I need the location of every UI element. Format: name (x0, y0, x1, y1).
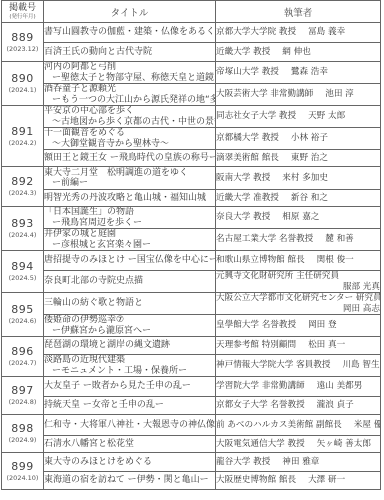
issue-cell: 892 (2024.3) (2, 167, 44, 207)
article-title: 額田王と鏡王女 ー飛鳥時代の皇族の称号ー (44, 153, 215, 164)
issue-number: 891 (2, 126, 43, 137)
author-affiliation: 京都女子大学 名誉教授 (216, 400, 305, 410)
article-row: 倭姫命の伊勢巡幸⑦ー伊蘇宮から瀧原宮へー皇學館大学 名誉教授岡田 登 (2, 315, 381, 337)
article-title-cell: 大友皇子 ー敗者から見た壬申の乱ー (44, 377, 216, 397)
issue-header-label: 掲載号 (2, 4, 43, 13)
article-title-cell: 持統天皇 ー女帝と壬申の乱ー (44, 397, 216, 415)
article-row: 889 (2023.12) 書写山圓教寺の伽藍・建築・仏像をあるく京都大学大学院… (2, 23, 381, 43)
author-affiliation: 大阪電気通信大学 教授 (216, 439, 305, 449)
author-affiliation: 学習院大学 非常勤講師 (216, 381, 305, 391)
article-row: 井伊家の城と庭園ー彦根城と玄宮楽々園ー名古屋工業大学 名誉教授麓 和善 (2, 229, 381, 251)
article-title-cell: 唐招提寺のみほとけ ー国宝仏像を中心にー (44, 251, 216, 271)
author-name: 遠山 美都男 (317, 381, 363, 391)
issue-column-header: 掲載号 (発行年月) (2, 1, 44, 23)
issue-number: 899 (2, 461, 43, 472)
article-title: 淡路島の近現代建築 (44, 355, 215, 366)
author-name: 小林 裕子 (291, 133, 328, 143)
article-author-cell: 大阪芸術大学 非常勤講師池田 淳 (216, 84, 381, 106)
article-row: 奈良町北部の寺院史点描元興寺文化財研究所 主任研究員 服部 光真 (2, 271, 381, 293)
article-author-cell: 学習院大学 非常勤講師遠山 美都男 (216, 377, 381, 397)
article-author-cell: 滴翠美術館 館長東野 治之 (216, 150, 381, 167)
article-title-cell: 仁和寺・大将軍八神社・大報恩寺の神仏像 (44, 415, 216, 436)
article-title: 東大寺二月堂 松明調進の道をゆく (44, 168, 215, 179)
article-author-cell: 同志社女子大学 教授天野 太郎 (216, 106, 381, 128)
article-title-cell: 淡路島の近現代建築ーモニュメント・工場・保養所ー (44, 355, 216, 377)
author-name: 岡田 登 (308, 320, 337, 330)
article-row: 899 (2024.10) 東大寺のみほとけをめぐる龍谷大学 教授神田 雅章 (2, 453, 381, 472)
author-affiliation: 近畿大学 教授 (216, 47, 270, 57)
article-title: 百済王氏の動向と古代寺院 (44, 47, 215, 58)
article-row: 石清水八幡宮と松花堂大阪電気通信大学 教授矢ヶ崎 善太郎 (2, 436, 381, 453)
article-author-cell: 大阪電気通信大学 教授矢ヶ崎 善太郎 (216, 436, 381, 453)
article-subtitle: ー彦根城と玄宮楽々園ー (44, 240, 215, 251)
author-name: 大澤 研一 (308, 475, 345, 485)
article-title: 三輪山の紡ぐ歌と物語と (44, 298, 215, 309)
article-author-cell: 京都橘大学 教授小林 裕子 (216, 128, 381, 150)
author-affiliation: 帝塚山大学 教授 (216, 67, 279, 77)
article-title-cell: 河内の阿都と弓削ー聖徳太子と物部守屋、称徳天皇と道鏡ー (44, 62, 216, 84)
issue-cell: 895 (2024.6) (2, 293, 44, 337)
issue-cell: 896 (2024.7) (2, 337, 44, 377)
issue-date: (2024.3) (2, 190, 43, 197)
author-name: 天野 太郎 (308, 111, 345, 121)
author-affiliation: 同志社女子大学 教授 (216, 111, 296, 121)
article-author-cell: 名古屋工業大学 名誉教授麓 和善 (216, 229, 381, 251)
issue-date: (2024.4) (2, 232, 43, 239)
article-author-cell: 元興寺文化財研究所 主任研究員 服部 光真 (216, 271, 381, 293)
article-author-cell: 天理参考館 特別顧問松田 真一 (216, 337, 381, 355)
author-affiliation: 名古屋工業大学 名誉教授 (216, 234, 313, 244)
author-affiliation: 前 あべのハルカス美術館 副館長 (216, 420, 342, 430)
issue-number: 894 (2, 261, 43, 272)
article-title: 持統天皇 ー女帝と壬申の乱ー (44, 400, 215, 411)
article-row: 十一面観音をめぐる〜大御堂観音寺から聖林寺〜京都橘大学 教授小林 裕子 (2, 128, 381, 150)
article-subtitle: ー飛鳥宮周辺を歩くー (44, 218, 215, 229)
article-subtitle: ーモニュメント・工場・保養所ー (44, 366, 215, 377)
issue-cell: 893 (2024.4) (2, 207, 44, 251)
article-title-cell: 書写山圓教寺の伽藍・建築・仏像をあるく (44, 23, 216, 43)
article-row: 898 (2024.9) 仁和寺・大将軍八神社・大報恩寺の神仏像前 あべのハルカ… (2, 415, 381, 436)
article-title: 十一面観音をめぐる (44, 128, 215, 139)
author-name: 鷺森 浩幸 (291, 67, 328, 77)
article-author-cell: 京都女子大学 名誉教授瀧浪 貞子 (216, 397, 381, 415)
article-row: 明智光秀の丹波攻略と亀山城・福知山城近畿大学 准教授新谷 和之 (2, 190, 381, 207)
issue-number: 890 (2, 73, 43, 84)
article-subtitle: 〜大御堂観音寺から聖林寺〜 (44, 139, 215, 150)
article-title: 唐招提寺のみほとけ ー国宝仏像を中心にー (44, 255, 215, 266)
article-title: 琵琶湖の環境と湖岸の縄文遺跡 (44, 340, 215, 351)
issue-date: (2024.9) (2, 437, 43, 444)
article-row: 893 (2024.4) 「日本国誕生」の物語ー飛鳥宮周辺を歩くー奈良大学 教授… (2, 207, 381, 229)
issue-number: 896 (2, 346, 43, 357)
article-row: 892 (2024.3) 東大寺二月堂 松明調進の道をゆくー前編ー阪南大学 教授… (2, 167, 381, 190)
article-author-cell: 大阪歴史博物館 館長大澤 研一 (216, 472, 381, 490)
article-title: 奈良町北部の寺院史点描 (44, 276, 215, 287)
article-row: 淡路島の近現代建築ーモニュメント・工場・保養所ー神戸情報大学院大学 客員教授川島… (2, 355, 381, 377)
article-title-cell: 明智光秀の丹波攻略と亀山城・福知山城 (44, 190, 216, 207)
issue-cell: 899 (2024.10) (2, 453, 44, 490)
issue-number: 893 (2, 218, 43, 229)
author-name: 池田 淳 (325, 89, 354, 99)
article-title-cell: 井伊家の城と庭園ー彦根城と玄宮楽々園ー (44, 229, 216, 251)
issue-date: (2023.12) (2, 46, 43, 53)
article-author-cell: 皇學館大学 名誉教授岡田 登 (216, 315, 381, 337)
issue-date: (2024.5) (2, 275, 43, 282)
author-name: 東野 治之 (291, 153, 328, 163)
issue-number: 898 (2, 423, 43, 434)
author-affiliation: 元興寺文化財研究所 主任研究員 (216, 271, 339, 281)
article-title-cell: 平安京の中心部を歩く〜古地図から歩く京都の古代・中世の景観〜 (44, 106, 216, 128)
author-name: 神田 雅章 (282, 457, 319, 467)
article-title: 河内の阿都と弓削 (44, 62, 215, 73)
author-affiliation: 大阪歴史博物館 館長 (216, 475, 296, 485)
author-name: 矢ヶ崎 善太郎 (317, 439, 371, 449)
author-name: 瀧浪 貞子 (317, 400, 354, 410)
author-affiliation: 大阪公立大学都市文化研究センター 研究員 (216, 293, 381, 303)
article-title: 仁和寺・大将軍八神社・大報恩寺の神仏像 (44, 420, 215, 431)
author-name: 来村 多加史 (282, 173, 328, 183)
article-title: 大友皇子 ー敗者から見た壬申の乱ー (44, 381, 215, 392)
article-title-cell: 倭姫命の伊勢巡幸⑦ー伊蘇宮から瀧原宮へー (44, 315, 216, 337)
article-author-cell: 阪南大学 教授来村 多加史 (216, 167, 381, 190)
article-subtitle: ー伊蘇宮から瀧原宮へー (44, 326, 215, 337)
author-name: 新谷 和之 (291, 193, 328, 203)
article-author-cell: 京都大学大学院 教授冨島 義幸 (216, 23, 381, 43)
article-title: 「日本国誕生」の物語 (44, 207, 215, 218)
author-name: 米屋 優 (354, 420, 381, 430)
article-row: 東海道の宿を訪ねて ー伊勢・関と亀山ー大阪歴史博物館 館長大澤 研一 (2, 472, 381, 490)
author-name: 麓 和善 (325, 234, 354, 244)
author-affiliation: 天理参考館 特別顧問 (216, 340, 296, 350)
article-title: 井伊家の城と庭園 (44, 229, 215, 240)
header-row: 掲載号 (発行年月) タイトル 執筆者 (2, 1, 381, 23)
article-title-cell: 額田王と鏡王女 ー飛鳥時代の皇族の称号ー (44, 150, 216, 167)
article-row: 891 (2024.2) 平安京の中心部を歩く〜古地図から歩く京都の古代・中世の… (2, 106, 381, 128)
article-title: 東海道の宿を訪ねて ー伊勢・関と亀山ー (44, 475, 215, 486)
article-row: 持統天皇 ー女帝と壬申の乱ー京都女子大学 名誉教授瀧浪 貞子 (2, 397, 381, 415)
author-name: 岡田 高志 (216, 304, 380, 315)
issue-date: (2024.7) (2, 360, 43, 367)
article-title-cell: 酒呑童子と源頼光ーもう一つの大江山から源氏発祥の地“多田へ”ー (44, 84, 216, 106)
issue-number: 897 (2, 385, 43, 396)
author-affiliation: 大阪芸術大学 非常勤講師 (216, 89, 313, 99)
article-author-cell: 近畿大学 准教授新谷 和之 (216, 190, 381, 207)
article-title: 石清水八幡宮と松花堂 (44, 439, 215, 450)
article-author-cell: 奈良大学 教授相原 嘉之 (216, 207, 381, 229)
author-name: 川島 智生 (342, 360, 379, 370)
article-row: 百済王氏の動向と古代寺院近畿大学 教授網 伸也 (2, 43, 381, 62)
author-column-header: 執筆者 (216, 1, 381, 23)
issue-date: (2024.2) (2, 140, 43, 147)
article-author-cell: 帝塚山大学 教授鷺森 浩幸 (216, 62, 381, 84)
issues-body: 889 (2023.12) 書写山圓教寺の伽藍・建築・仏像をあるく京都大学大学院… (2, 23, 381, 490)
issue-header-sub-label: (発行年月) (2, 15, 43, 21)
article-subtitle: ー聖徳太子と物部守屋、称徳天皇と道鏡ー (44, 73, 215, 84)
article-row: 895 (2024.6) 三輪山の紡ぐ歌と物語と大阪公立大学都市文化研究センター… (2, 293, 381, 315)
article-subtitle: ーもう一つの大江山から源氏発祥の地“多田へ”ー (44, 95, 215, 106)
article-title-cell: 石清水八幡宮と松花堂 (44, 436, 216, 453)
author-name: 服部 光真 (216, 282, 380, 293)
author-affiliation: 京都橘大学 教授 (216, 133, 279, 143)
author-name: 相原 嘉之 (282, 212, 319, 222)
article-row: 897 (2024.8) 大友皇子 ー敗者から見た壬申の乱ー学習院大学 非常勤講… (2, 377, 381, 397)
article-title-cell: 百済王氏の動向と古代寺院 (44, 43, 216, 62)
author-affiliation: 京都大学大学院 教授 (216, 27, 296, 37)
article-subtitle: ー前編ー (44, 178, 215, 189)
author-affiliation: 阪南大学 教授 (216, 173, 270, 183)
article-title-cell: 奈良町北部の寺院史点描 (44, 271, 216, 293)
issue-number: 895 (2, 304, 43, 315)
author-affiliation: 奈良大学 教授 (216, 212, 270, 222)
article-row: 額田王と鏡王女 ー飛鳥時代の皇族の称号ー滴翠美術館 館長東野 治之 (2, 150, 381, 167)
issue-cell: 894 (2024.5) (2, 251, 44, 293)
author-affiliation: 近畿大学 准教授 (216, 193, 279, 203)
issue-cell: 891 (2024.2) (2, 106, 44, 167)
article-row: 890 (2024.1) 河内の阿都と弓削ー聖徳太子と物部守屋、称徳天皇と道鏡ー… (2, 62, 381, 84)
article-row: 896 (2024.7) 琵琶湖の環境と湖岸の縄文遺跡天理参考館 特別顧問松田 … (2, 337, 381, 355)
article-title: 書写山圓教寺の伽藍・建築・仏像をあるく (44, 27, 215, 38)
author-name: 冨島 義幸 (308, 27, 345, 37)
article-title-cell: 「日本国誕生」の物語ー飛鳥宮周辺を歩くー (44, 207, 216, 229)
article-title-cell: 東大寺二月堂 松明調進の道をゆくー前編ー (44, 167, 216, 190)
issue-cell: 890 (2024.1) (2, 62, 44, 106)
issues-table: 掲載号 (発行年月) タイトル 執筆者 889 (2023.12) 書写山圓教寺… (1, 0, 381, 490)
article-title: 倭姫命の伊勢巡幸⑦ (44, 315, 215, 326)
author-affiliation: 皇學館大学 名誉教授 (216, 320, 296, 330)
article-title: 明智光秀の丹波攻略と亀山城・福知山城 (44, 193, 215, 204)
article-author-cell: 神戸情報大学院大学 客員教授川島 智生 (216, 355, 381, 377)
author-affiliation: 和歌山県立博物館 館長 (216, 255, 305, 265)
article-subtitle: 〜古地図から歩く京都の古代・中世の景観〜 (44, 117, 215, 128)
article-title-cell: 東海道の宿を訪ねて ー伊勢・関と亀山ー (44, 472, 216, 490)
issue-cell: 889 (2023.12) (2, 23, 44, 62)
issue-cell: 898 (2024.9) (2, 415, 44, 453)
issue-number: 889 (2, 32, 43, 43)
article-row: 酒呑童子と源頼光ーもう一つの大江山から源氏発祥の地“多田へ”ー大阪芸術大学 非常… (2, 84, 381, 106)
author-name: 関根 俊一 (317, 255, 354, 265)
title-column-header: タイトル (44, 1, 216, 23)
issue-date: (2024.6) (2, 318, 43, 325)
article-title: 酒呑童子と源頼光 (44, 84, 215, 95)
issue-date: (2024.10) (2, 475, 43, 482)
author-name: 松田 真一 (308, 340, 345, 350)
author-name: 網 伸也 (282, 47, 311, 57)
author-affiliation: 神戸情報大学院大学 客員教授 (216, 360, 330, 370)
article-title-cell: 琵琶湖の環境と湖岸の縄文遺跡 (44, 337, 216, 355)
article-title: 平安京の中心部を歩く (44, 106, 215, 117)
article-title-cell: 三輪山の紡ぐ歌と物語と (44, 293, 216, 315)
author-affiliation: 龍谷大学 教授 (216, 457, 270, 467)
article-author-cell: 大阪公立大学都市文化研究センター 研究員 岡田 高志 (216, 293, 381, 315)
article-author-cell: 近畿大学 教授網 伸也 (216, 43, 381, 62)
issue-number: 892 (2, 176, 43, 187)
article-title-cell: 東大寺のみほとけをめぐる (44, 453, 216, 472)
article-author-cell: 龍谷大学 教授神田 雅章 (216, 453, 381, 472)
article-author-cell: 和歌山県立博物館 館長関根 俊一 (216, 251, 381, 271)
author-affiliation: 滴翠美術館 館長 (216, 153, 279, 163)
issue-cell: 897 (2024.8) (2, 377, 44, 415)
issue-date: (2024.1) (2, 87, 43, 94)
article-author-cell: 前 あべのハルカス美術館 副館長米屋 優 (216, 415, 381, 436)
article-title: 東大寺のみほとけをめぐる (44, 457, 215, 468)
issue-date: (2024.8) (2, 399, 43, 406)
article-title-cell: 十一面観音をめぐる〜大御堂観音寺から聖林寺〜 (44, 128, 216, 150)
article-row: 894 (2024.5) 唐招提寺のみほとけ ー国宝仏像を中心にー和歌山県立博物… (2, 251, 381, 271)
